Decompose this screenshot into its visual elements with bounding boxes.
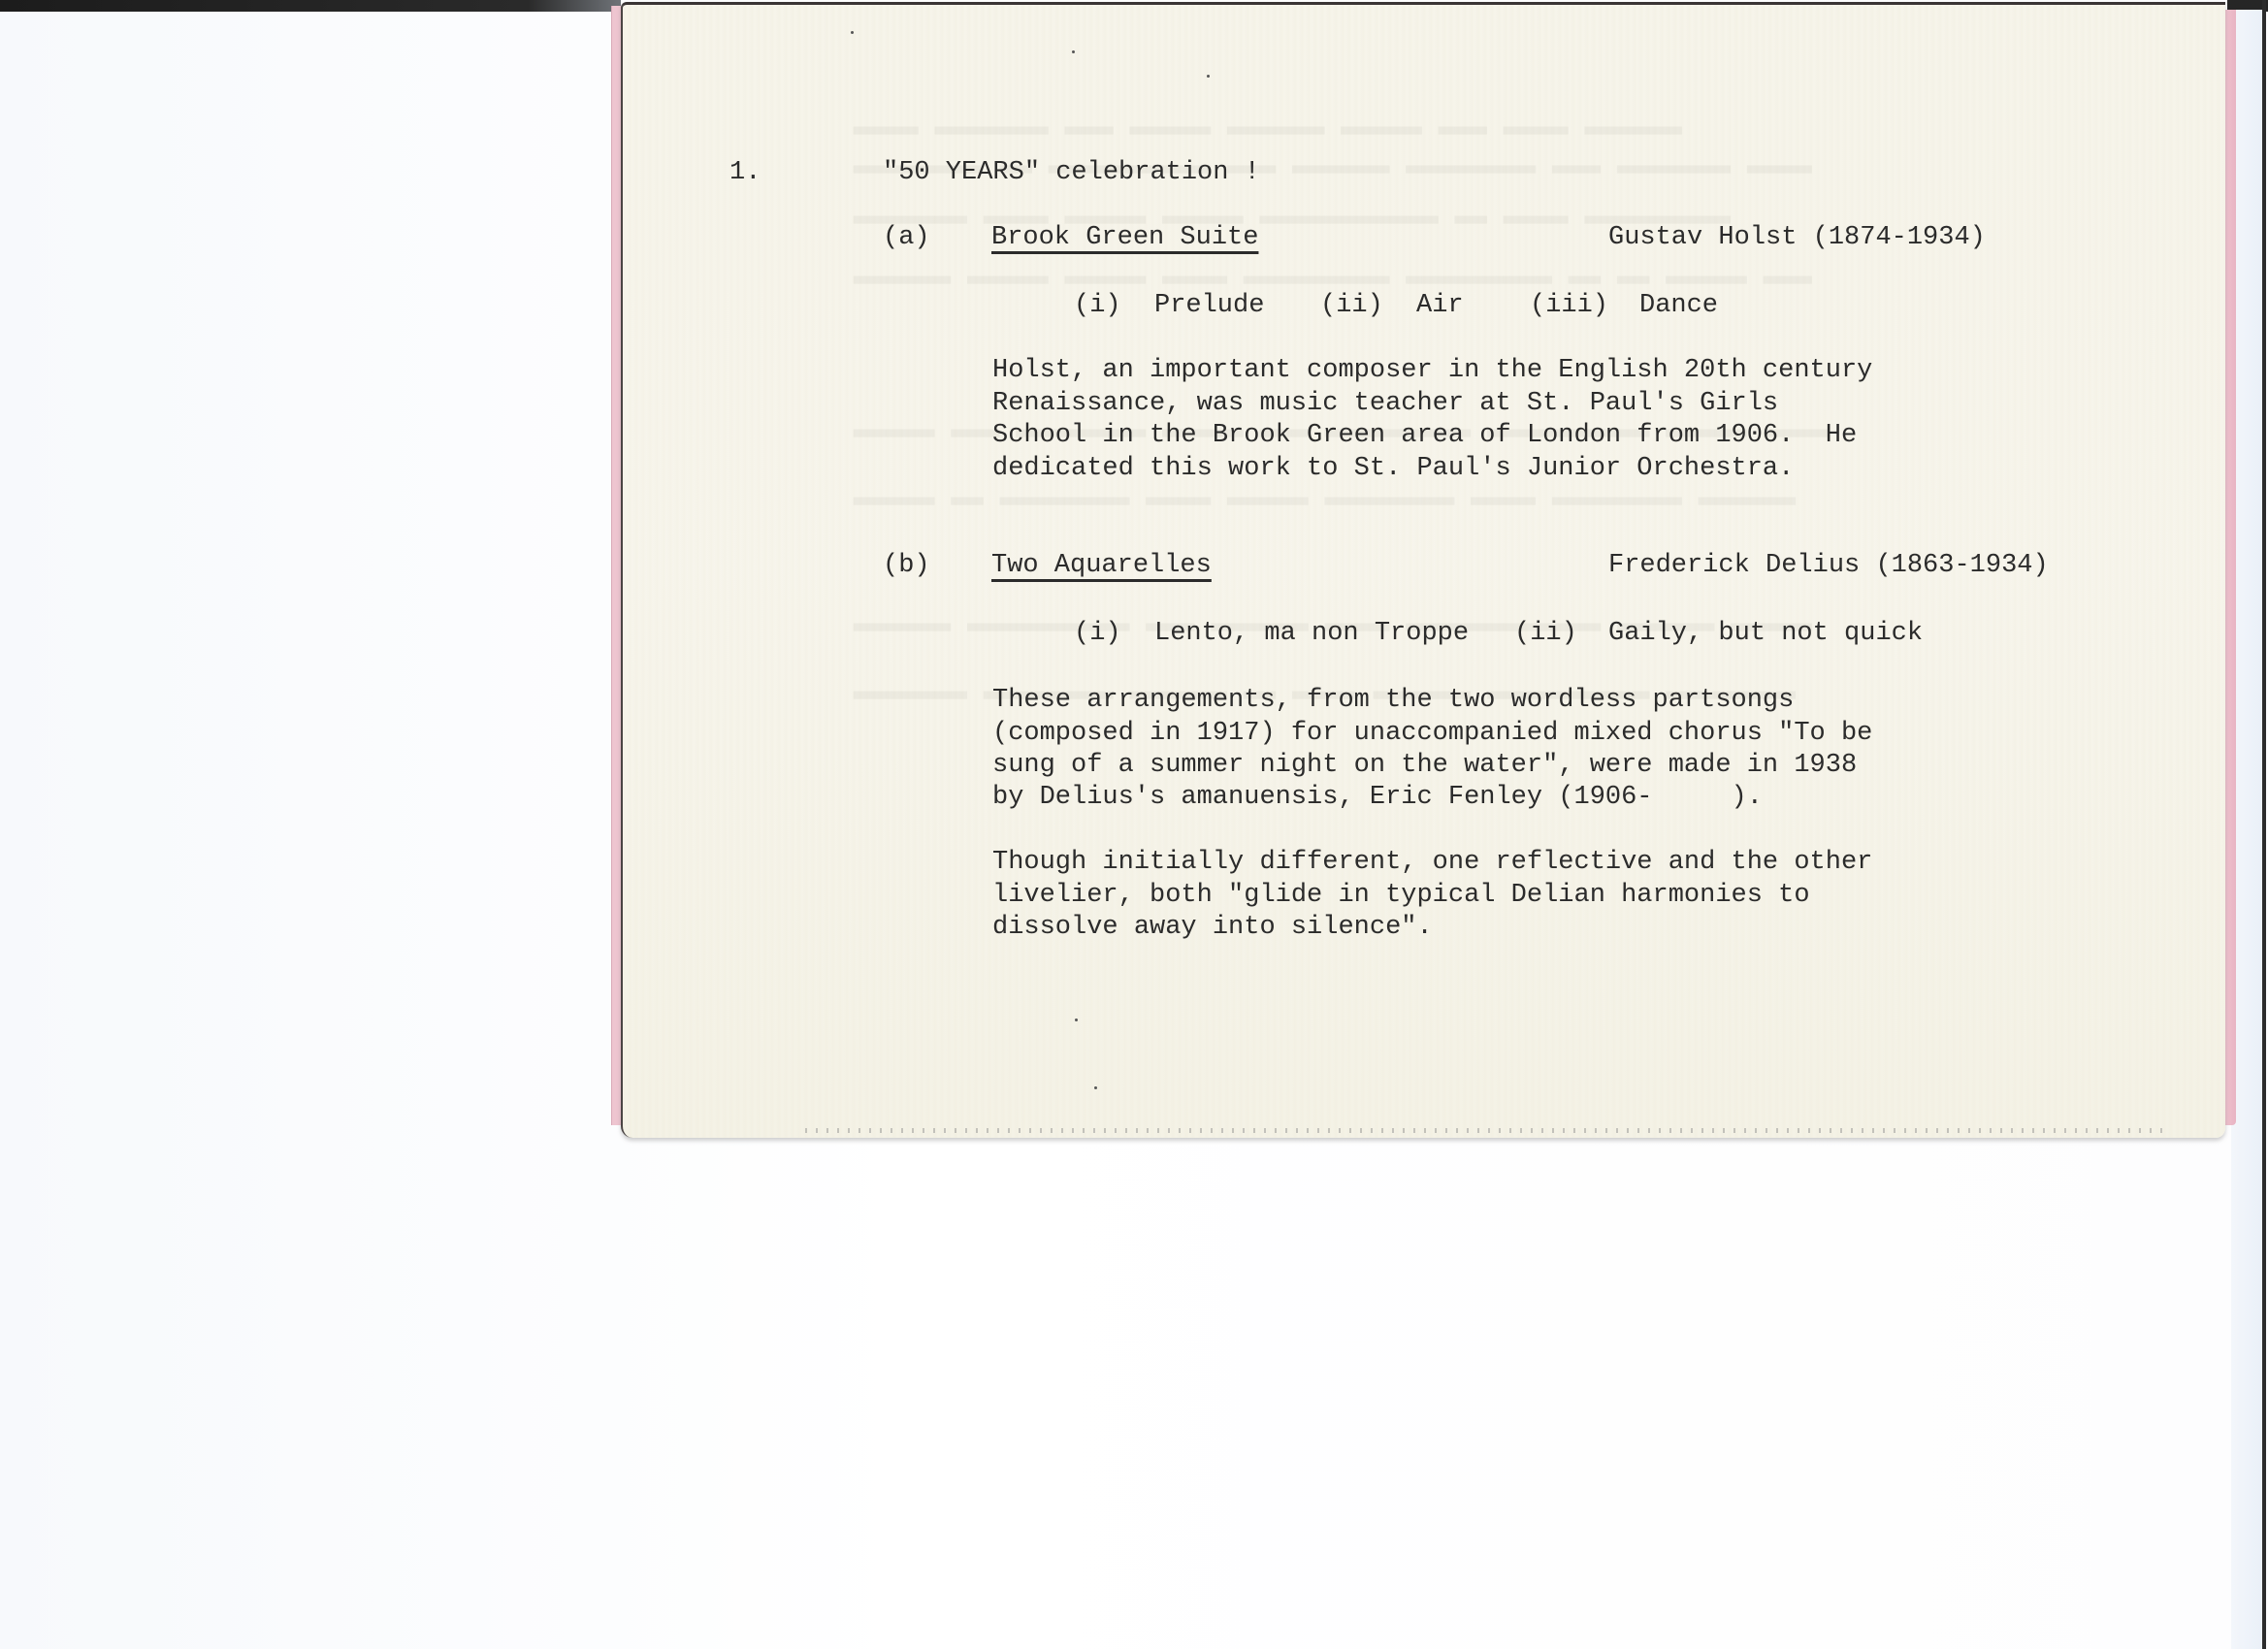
piece-b-movement-num: (i)	[1074, 617, 1121, 650]
bleed-through-texture: ▂▂▂▂ ▂▂▂▂▂▂▂ ▂▂▂ ▂▂▂▂▂ ▂▂▂▂▂▂ ▂▂▂▂▂ ▂▂▂ …	[854, 105, 1682, 137]
piece-a-movement-num: (i)	[1074, 289, 1121, 322]
piece-b-title: Two Aquarelles	[991, 549, 1212, 582]
scanner-top-edge	[0, 0, 621, 12]
piece-b-note-line: dissolve away into silence".	[992, 911, 1433, 944]
piece-a-note-line: School in the Brook Green area of London…	[992, 419, 1857, 452]
item-number: 1.	[729, 156, 761, 189]
piece-b-note-line: by Delius's amanuensis, Eric Fenley (190…	[992, 781, 1763, 814]
piece-b-movement-name: Gaily, but not quick	[1608, 617, 1923, 650]
piece-b-note-line: livelier, both "glide in typical Delian …	[992, 879, 1810, 912]
piece-b-note-line: These arrangements, from the two wordles…	[992, 684, 1794, 717]
piece-a-label: (a)	[883, 221, 930, 254]
bleed-through-texture: ▂▂▂▂▂▂ ▂▂▂▂▂ ▂▂▂▂▂ ▂▂▂▂ ▂▂▂▂▂▂▂▂▂ ▂▂▂▂▂▂…	[854, 254, 1812, 286]
piece-a-movement-name: Prelude	[1154, 289, 1264, 322]
piece-a-movement-name: Dance	[1639, 289, 1718, 322]
piece-a-movement-name: Air	[1416, 289, 1464, 322]
piece-a-title: Brook Green Suite	[991, 221, 1258, 254]
paper-speck	[851, 31, 854, 34]
piece-a-composer: Gustav Holst (1874-1934)	[1608, 221, 1986, 254]
piece-b-movement-name: Lento, ma non Troppe	[1154, 617, 1469, 650]
scanner-right-edge	[2262, 0, 2266, 1649]
piece-b-label: (b)	[883, 549, 930, 582]
piece-a-note-line: dedicated this work to St. Paul's Junior…	[992, 452, 1794, 485]
piece-b-note-line: (composed in 1917) for unaccompanied mix…	[992, 717, 1872, 750]
bleed-through-texture: ▂▂▂▂▂▂▂ ▂▂▂▂ ▂▂▂▂▂ ▂▂▂▂▂ ▂▂▂▂▂▂▂▂▂▂▂ ▂▂ …	[854, 194, 1731, 226]
paper-speck	[1207, 75, 1210, 78]
paper-speck	[1075, 1018, 1078, 1021]
piece-b-movement-num: (ii)	[1514, 617, 1577, 650]
piece-a-note-line: Holst, an important composer in the Engl…	[992, 354, 1872, 387]
piece-b-note-line: Though initially different, one reflecti…	[992, 846, 1872, 879]
piece-a-movement-num: (iii)	[1530, 289, 1608, 322]
programme-heading: "50 YEARS" celebration !	[883, 156, 1260, 189]
piece-b-note-line: sung of a summer night on the water", we…	[992, 749, 1857, 782]
piece-b-composer: Frederick Delius (1863-1934)	[1608, 549, 2049, 582]
piece-a-note-line: Renaissance, was music teacher at St. Pa…	[992, 387, 1778, 420]
paper-speck	[1094, 1086, 1097, 1089]
paper-speck	[1072, 50, 1075, 53]
bottom-edge-marks	[805, 1128, 2163, 1133]
piece-a-movement-num: (ii)	[1320, 289, 1383, 322]
